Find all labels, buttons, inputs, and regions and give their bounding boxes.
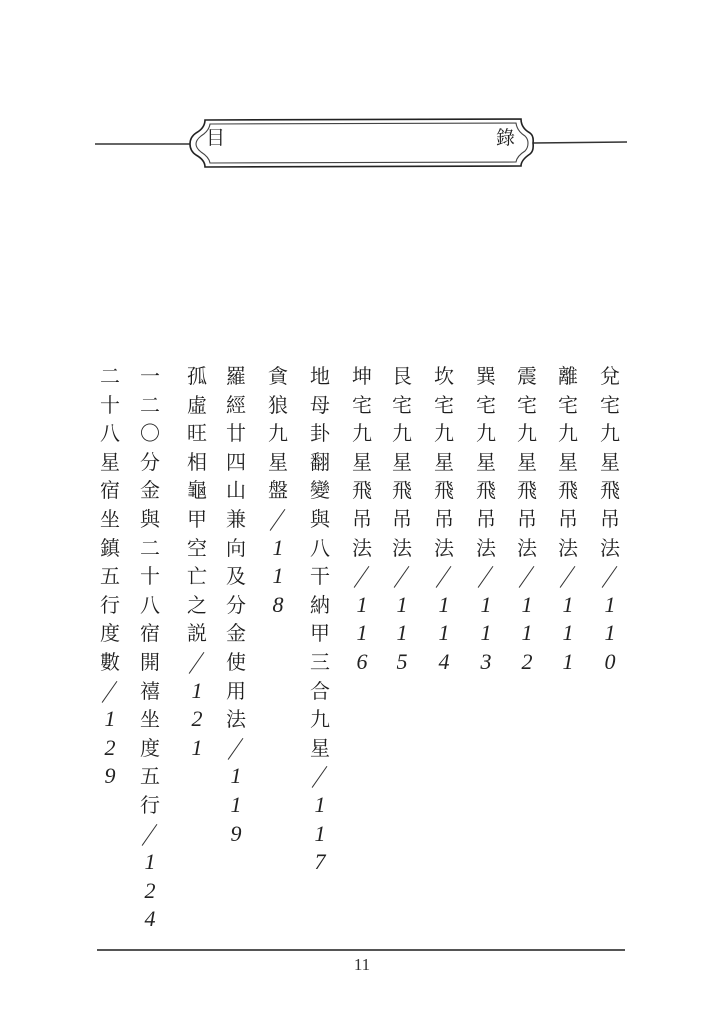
toc-separator xyxy=(513,562,541,591)
toc-entry[interactable]: 離宅九星飛吊法111 xyxy=(554,362,582,677)
toc-separator xyxy=(388,562,416,591)
toc-separator xyxy=(472,562,500,591)
toc-entry[interactable]: 羅經廿四山兼向及分金使用法119 xyxy=(222,362,250,848)
toc-title-left-char: 目 xyxy=(206,129,225,148)
toc-title-banner xyxy=(0,0,724,200)
toc-separator xyxy=(264,505,292,534)
toc-separator xyxy=(136,820,164,849)
toc-entry[interactable]: 一二〇分金與二十八宿開禧坐度五行124 xyxy=(136,362,164,934)
toc-entry[interactable]: 震宅九星飛吊法112 xyxy=(513,362,541,677)
toc-entry[interactable]: 巽宅九星飛吊法113 xyxy=(472,362,500,677)
toc-entry[interactable]: 坎宅九星飛吊法114 xyxy=(430,362,458,677)
toc-separator xyxy=(348,562,376,591)
footer-divider xyxy=(97,949,625,951)
toc-separator xyxy=(596,562,624,591)
toc-separator xyxy=(430,562,458,591)
toc-entry[interactable]: 兌宅九星飛吊法110 xyxy=(596,362,624,677)
toc-entry[interactable]: 孤虛旺相龜甲空亡之説121 xyxy=(183,362,211,762)
toc-entry[interactable]: 二十八星宿坐鎮五行度數129 xyxy=(96,362,124,791)
toc-separator xyxy=(183,648,211,677)
toc-separator xyxy=(554,562,582,591)
toc-entry[interactable]: 艮宅九星飛吊法115 xyxy=(388,362,416,677)
toc-separator xyxy=(96,677,124,706)
toc-entry[interactable]: 坤宅九星飛吊法116 xyxy=(348,362,376,677)
toc-separator xyxy=(306,762,334,791)
page-number: 11 xyxy=(0,955,724,975)
toc-separator xyxy=(222,734,250,763)
toc-title-right-char: 錄 xyxy=(496,129,515,148)
toc-entry[interactable]: 貪狼九星盤118 xyxy=(264,362,292,619)
toc-entry[interactable]: 地母卦翻變與八干納甲三合九星117 xyxy=(306,362,334,877)
